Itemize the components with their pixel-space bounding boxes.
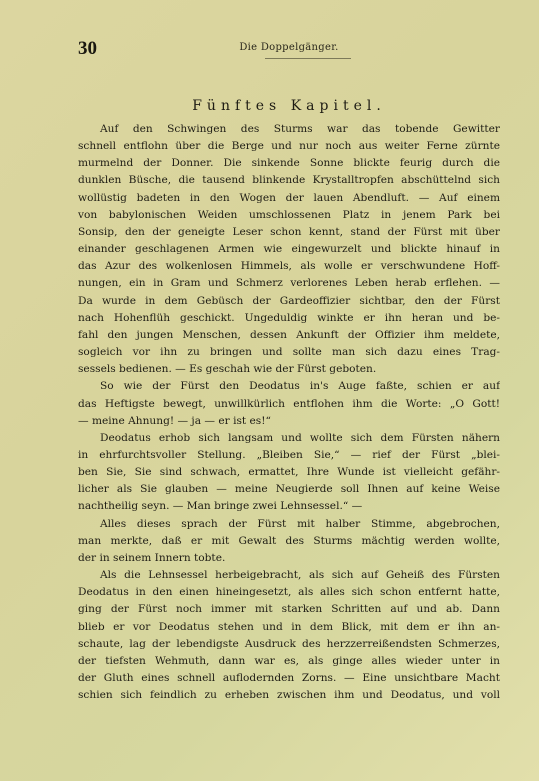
body-text: Auf den Schwingen des Sturms war das tob… — [78, 121, 500, 704]
paragraph-4: Alles dieses sprach der Fürst mit halber… — [78, 516, 500, 567]
text-line: ging der Fürst noch immer mit starken Sc… — [78, 601, 500, 618]
text-line: das Azur des wolkenlosen Himmels, als wo… — [78, 258, 500, 275]
text-line: schnell entflohn über die Berge und nur … — [78, 138, 500, 155]
text-line: von babylonischen Weiden umschlossenen P… — [78, 207, 500, 224]
text-line: sogleich vor ihn zu bringen und sollte m… — [78, 344, 500, 361]
book-page: 30 Die Doppelgänger. Fünftes Kapitel. Au… — [0, 0, 539, 781]
text-line: dunklen Büsche, die tausend blinkende Kr… — [78, 172, 500, 189]
text-line: wollüstig badeten in den Wogen der lauen… — [78, 190, 500, 207]
text-line: Sonsip, den der geneigte Leser schon ken… — [78, 224, 500, 241]
text-line: So wie der Fürst den Deodatus in's Auge … — [78, 378, 500, 395]
text-line: in ehrfurchtsvoller Stellung. „Bleiben S… — [78, 447, 500, 464]
text-line: nachtheilig seyn. — Man bringe zwei Lehn… — [78, 498, 500, 515]
text-line: murmelnd der Donner. Die sinkende Sonne … — [78, 155, 500, 172]
text-line: das Heftigste bewegt, unwillkürlich entf… — [78, 396, 500, 413]
paragraph-5: Als die Lehnsessel herbeigebracht, als s… — [78, 567, 500, 704]
text-line: schien sich feindlich zu erheben zwische… — [78, 687, 500, 704]
text-line: nungen, ein in Gram und Schmerz verloren… — [78, 275, 500, 292]
chapter-title: Fünftes Kapitel. — [78, 98, 500, 114]
page-header: 30 Die Doppelgänger. — [78, 38, 500, 60]
text-line: Als die Lehnsessel herbeigebracht, als s… — [78, 567, 500, 584]
text-line: licher als Sie glauben — meine Neugierde… — [78, 481, 500, 498]
text-line: einander geschlagenen Armen wie eingewur… — [78, 241, 500, 258]
text-line: der in seinem Innern tobte. — [78, 550, 500, 567]
text-line: Deodatus in den einen hineingesetzt, als… — [78, 584, 500, 601]
text-line: ben Sie, Sie sind schwach, ermattet, Ihr… — [78, 464, 500, 481]
text-line: — meine Ahnung! — ja — er ist es!“ — [78, 413, 500, 430]
text-line: Alles dieses sprach der Fürst mit halber… — [78, 516, 500, 533]
text-line: der tiefsten Wehmuth, dann war es, als g… — [78, 653, 500, 670]
text-line: fahl den jungen Menschen, dessen Ankunft… — [78, 327, 500, 344]
text-line: Da wurde in dem Gebüsch der Gardeoffizie… — [78, 293, 500, 310]
text-line: Deodatus erhob sich langsam und wollte s… — [78, 430, 500, 447]
text-line: Auf den Schwingen des Sturms war das tob… — [78, 121, 500, 138]
paragraph-2: So wie der Fürst den Deodatus in's Auge … — [78, 378, 500, 429]
text-line: schaute, lag der lebendigste Ausdruck de… — [78, 636, 500, 653]
text-line: blieb er vor Deodatus stehen und in dem … — [78, 619, 500, 636]
running-title: Die Doppelgänger. — [78, 42, 500, 53]
text-line: sessels bedienen. — Es geschah wie der F… — [78, 361, 500, 378]
text-line: der Gluth eines schnell auflodernden Zor… — [78, 670, 500, 687]
paragraph-1: Auf den Schwingen des Sturms war das tob… — [78, 121, 500, 378]
text-line: nach Hohenflüh geschickt. Ungeduldig win… — [78, 310, 500, 327]
paragraph-3: Deodatus erhob sich langsam und wollte s… — [78, 430, 500, 516]
text-line: man merkte, daß er mit Gewalt des Sturms… — [78, 533, 500, 550]
header-rule — [265, 58, 351, 59]
